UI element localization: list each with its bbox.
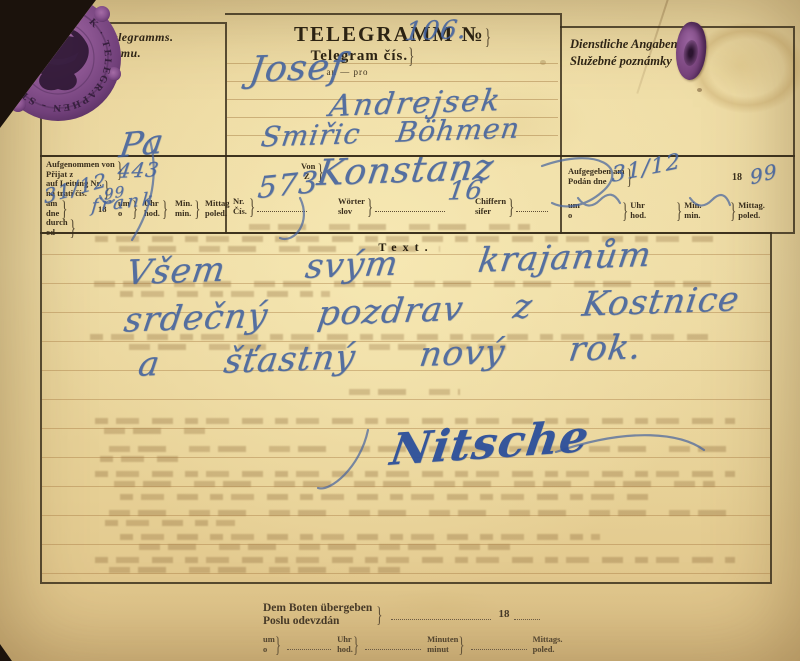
brace-glyph: }	[376, 601, 382, 628]
minut-cz: minut	[427, 645, 458, 655]
brace-glyph: }	[676, 197, 682, 224]
service-label-de: Dienstliche Angaben	[570, 36, 678, 53]
min-label: } Min. min.	[676, 201, 702, 220]
recipient-name-handwritten: Josef	[247, 46, 348, 90]
brace-glyph: }	[458, 631, 464, 658]
uhr-label: } Uhr hod.	[622, 201, 646, 220]
century-prefix: 18	[499, 610, 510, 620]
dotted-line	[471, 640, 527, 650]
brace-glyph: }	[367, 193, 373, 220]
mittag-label: } Mittag. poled.	[730, 201, 765, 220]
telegram-number-handwritten: 106.	[403, 15, 469, 47]
telegraph-station-seal: · K · K · TELEGRAPHEN – STATION · K · K …	[0, 0, 134, 139]
brace-glyph: }	[249, 193, 255, 220]
telegram-form: e des Telegramms. telegramu. TELEGRAMM №…	[0, 0, 800, 661]
messenger-section: Dem Boten übergeben Poslu odevzdán } 18 …	[263, 602, 563, 654]
dotted-line	[375, 202, 445, 212]
line-number-handwritten: 443	[116, 157, 161, 182]
brace-glyph: }	[275, 631, 281, 658]
dotted-line	[516, 202, 548, 212]
brace-glyph: }	[194, 195, 200, 222]
hod-cz: hod.	[337, 645, 353, 655]
form-title-row: TELEGRAMM №}	[225, 22, 560, 47]
min-cz: min.	[175, 209, 192, 219]
o-cz: o	[568, 211, 580, 221]
cipher-label: Chiffern sifer }	[475, 197, 548, 216]
service-label-cz: Služebné poznámky	[570, 53, 672, 70]
words-cz: slov	[338, 207, 365, 217]
hod-cz: hod.	[630, 211, 646, 221]
mittag-cz: poled.	[738, 211, 765, 221]
o-cz: o	[263, 645, 275, 655]
messenger-de: Dem Boten übergeben	[263, 602, 372, 615]
words-label: Wörter slov }	[338, 197, 445, 216]
century-prefix: 18	[732, 173, 742, 183]
brace-glyph: }	[162, 195, 168, 222]
dotted-line	[365, 640, 421, 650]
dotted-line	[391, 610, 491, 620]
telegram-serial-handwritten: 573	[256, 165, 320, 206]
brace-glyph: }	[730, 197, 736, 224]
word-count-handwritten: 16	[446, 175, 486, 206]
messenger-cz: Poslu odevzdán	[263, 615, 372, 628]
min-cz: min.	[684, 211, 701, 221]
brace-glyph: }	[622, 197, 628, 224]
dotted-line	[514, 610, 540, 620]
poled-cz: poled.	[533, 645, 563, 655]
min-label: Min. min. }	[175, 199, 201, 218]
seal-remnant-core	[682, 39, 699, 67]
dotted-line	[287, 640, 331, 650]
brace-glyph: }	[353, 631, 359, 658]
brace-glyph: }	[508, 193, 514, 220]
cis-cz: Čís.	[233, 207, 247, 217]
cipher-cz: sifer	[475, 207, 506, 217]
hour-label: um o	[568, 201, 580, 220]
seal-body: · K · K · TELEGRAPHEN – STATION · K · K …	[0, 0, 121, 121]
